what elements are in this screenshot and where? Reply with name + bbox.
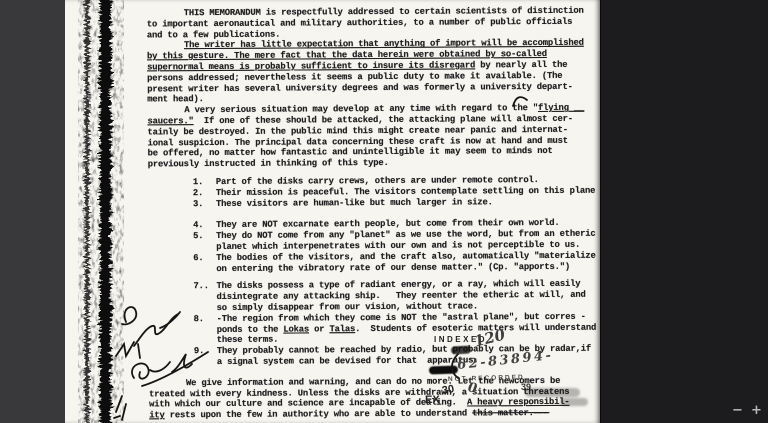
- document-page: THIS MEMORANDUM is respectfully addresse…: [65, 0, 601, 423]
- viewer-background: THIS MEMORANDUM is respectfully addresse…: [0, 0, 768, 423]
- zoom-out-button[interactable]: −: [729, 402, 746, 419]
- viewer-gutter-left: [0, 0, 65, 423]
- margin-scribble: [65, 0, 600, 423]
- zoom-in-button[interactable]: +: [748, 402, 765, 419]
